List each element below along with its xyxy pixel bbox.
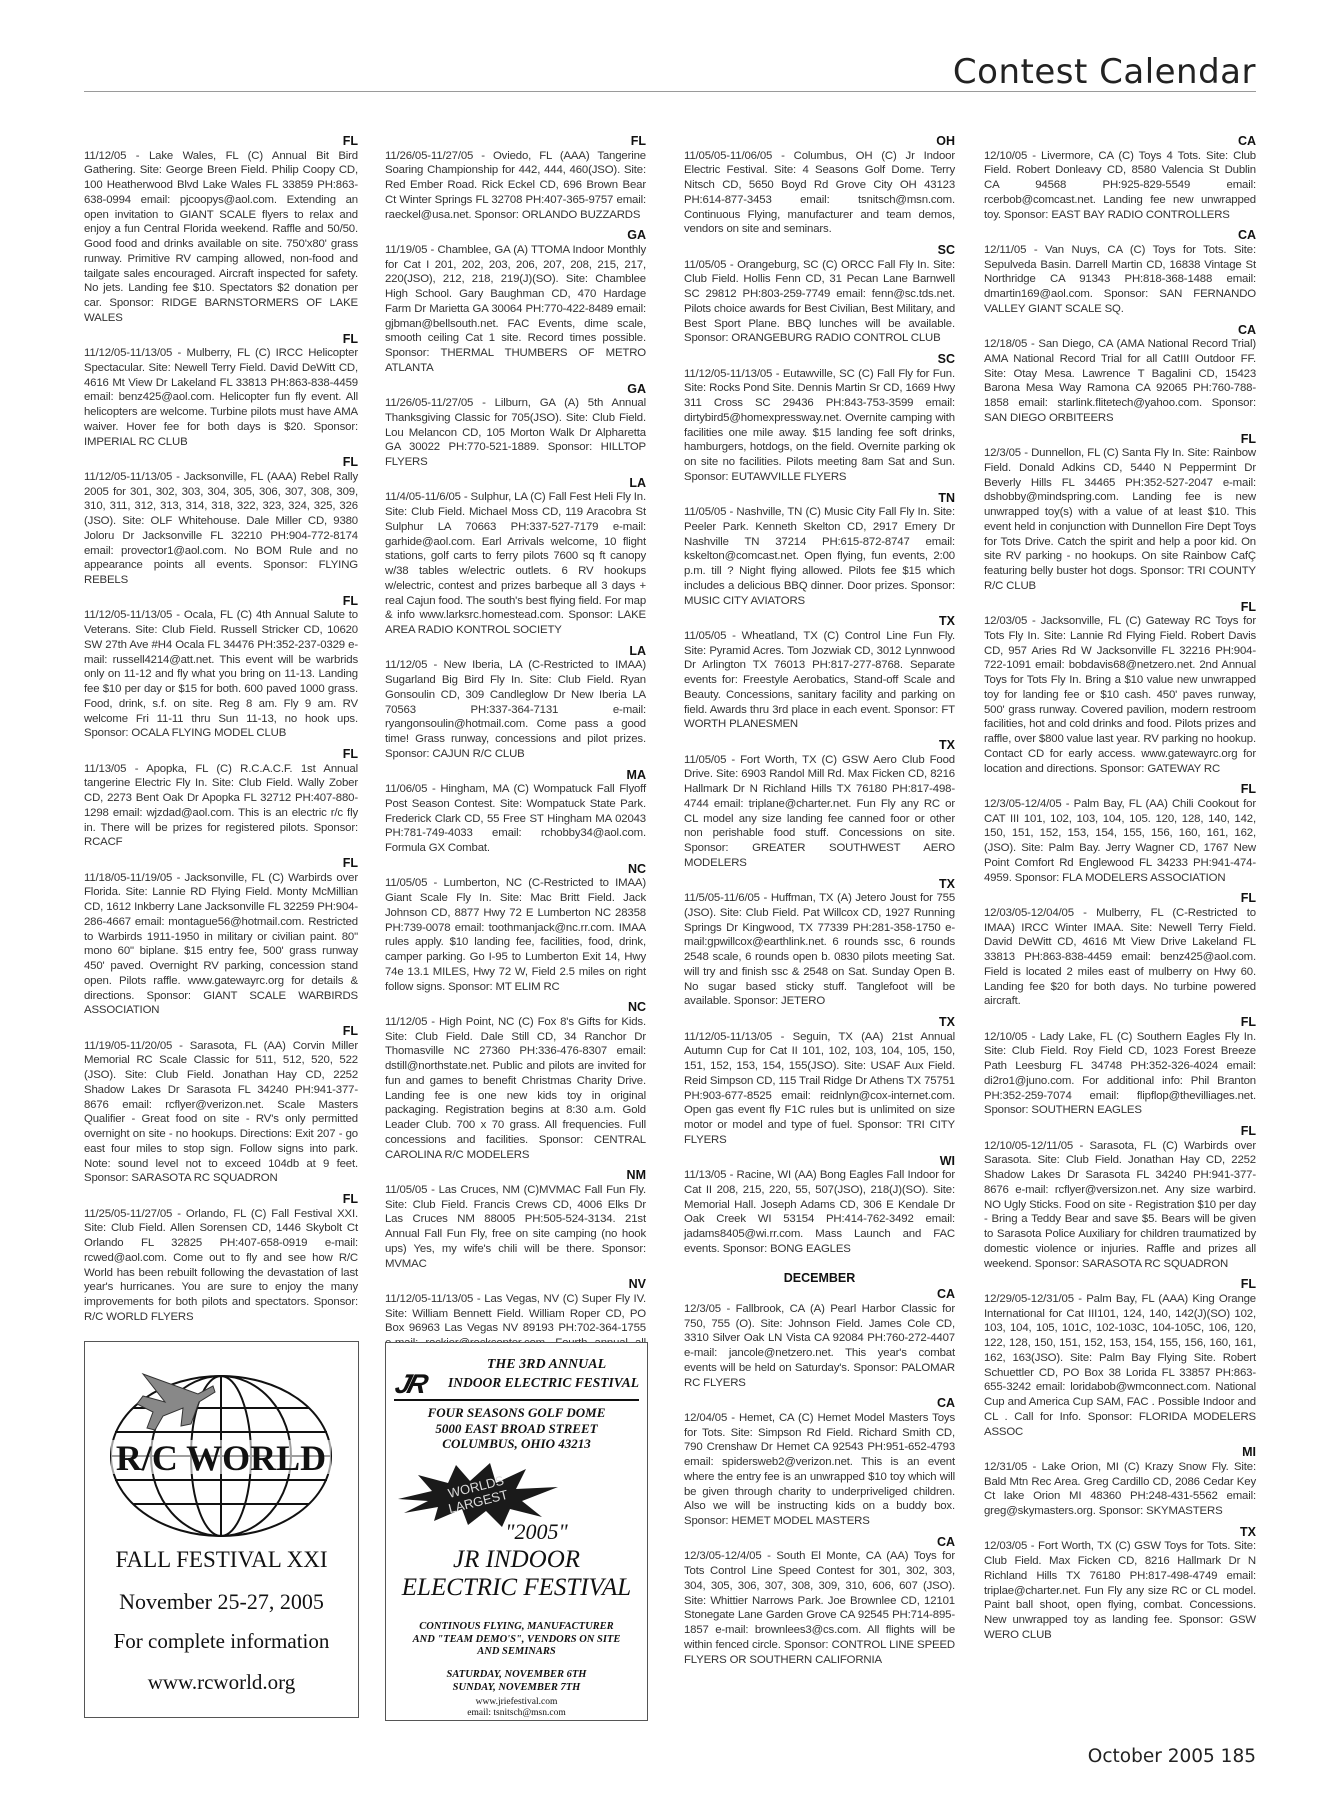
state-label: FL xyxy=(84,594,358,609)
jr-ad-dates: SATURDAY, NOVEMBER 6TH SUNDAY, NOVEMBER … xyxy=(386,1669,647,1694)
contest-entry: 12/10/05-12/11/05 - Sarasota, FL (C) War… xyxy=(984,1139,1256,1272)
state-label: WI xyxy=(684,1154,955,1169)
jr-ad-year: "2005" xyxy=(386,1519,647,1545)
state-label: FL xyxy=(984,1015,1256,1030)
contest-entry: 11/19/05-11/20/05 - Sarasota, FL (AA) Co… xyxy=(84,1039,358,1187)
jr-ad-desc-line: CONTINOUS FLYING, MANUFACTURER xyxy=(390,1621,643,1634)
contest-entry: 11/13/05 - Racine, WI (AA) Bong Eagles F… xyxy=(684,1168,955,1257)
jr-ad-email-link[interactable]: email: tsnitsch@msn.com xyxy=(386,1708,647,1719)
contest-entry: 12/3/05 - Fallbrook, CA (A) Pearl Harbor… xyxy=(684,1302,955,1391)
contest-entry: 11/4/05-11/6/05 - Sulphur, LA (C) Fall F… xyxy=(385,490,646,638)
state-label: CA xyxy=(984,323,1256,338)
state-label: FL xyxy=(84,134,358,149)
rc-ad-website-link[interactable]: www.rcworld.org xyxy=(85,1670,358,1695)
state-label: GA xyxy=(385,382,646,397)
contest-entry: 12/18/05 - San Diego, CA (AMA National R… xyxy=(984,337,1256,426)
contest-entry: 11/05/05 - Wheatland, TX (C) Control Lin… xyxy=(684,629,955,732)
calendar-column-3: OH11/05/05-11/06/05 - Columbus, OH (C) J… xyxy=(684,134,955,1673)
page-title: Contest Calendar xyxy=(953,52,1256,92)
jr-ad-title-line-2: INDOOR ELECTRIC FESTIVAL xyxy=(448,1375,639,1391)
contest-entry: 11/12/05-11/13/05 - Mulberry, FL (C) IRC… xyxy=(84,346,358,449)
contest-entry: 11/19/05 - Chamblee, GA (A) TTOMA Indoor… xyxy=(385,243,646,376)
jr-ad-desc-line: AND "TEAM DEMO'S", VENDORS ON SITE xyxy=(390,1634,643,1647)
jr-ad-city: COLUMBUS, OHIO 43213 xyxy=(386,1436,647,1452)
state-label: LA xyxy=(385,476,646,491)
state-label: TX xyxy=(684,614,955,629)
jr-ad-name-line-1: JR INDOOR xyxy=(386,1546,647,1574)
jr-ad-title-line-1: THE 3RD ANNUAL xyxy=(454,1357,639,1373)
page-footer: October 2005 185 xyxy=(1088,1746,1256,1767)
state-label: TN xyxy=(684,491,955,506)
contest-entry: 11/05/05 - Nashville, TN (C) Music City … xyxy=(684,505,955,608)
contest-entry: 11/06/05 - Hingham, MA (C) Wompatuck Fal… xyxy=(385,782,646,856)
jr-ad-website-link[interactable]: www.jriefestival.com xyxy=(386,1697,647,1708)
contest-entry: 11/26/05-11/27/05 - Lilburn, GA (A) 5th … xyxy=(385,396,646,470)
jr-ad-date-sunday: SUNDAY, NOVEMBER 7TH xyxy=(386,1682,647,1695)
jr-festival-advertisement: JR THE 3RD ANNUAL INDOOR ELECTRIC FESTIV… xyxy=(385,1342,648,1721)
contest-entry: 11/12/05-11/13/05 - Jacksonville, FL (AA… xyxy=(84,470,358,588)
calendar-column-2: FL11/26/05-11/27/05 - Oviedo, FL (AAA) T… xyxy=(385,134,646,1401)
contest-entry: 12/04/05 - Hemet, CA (C) Hemet Model Mas… xyxy=(684,1411,955,1529)
state-label: TX xyxy=(684,1015,955,1030)
contest-entry: 12/03/05 - Fort Worth, TX (C) GSW Toys f… xyxy=(984,1539,1256,1642)
contest-entry: 11/13/05 - Apopka, FL (C) R.C.A.C.F. 1st… xyxy=(84,762,358,851)
calendar-column-1: FL11/12/05 - Lake Wales, FL (C) Annual B… xyxy=(84,134,358,1331)
jr-ad-date-saturday: SATURDAY, NOVEMBER 6TH xyxy=(386,1669,647,1682)
state-label: CA xyxy=(984,134,1256,149)
contest-entry: 11/05/05 - Fort Worth, TX (C) GSW Aero C… xyxy=(684,753,955,871)
state-label: CA xyxy=(684,1535,955,1550)
contest-entry: 12/10/05 - Lady Lake, FL (C) Southern Ea… xyxy=(984,1030,1256,1119)
state-label: NC xyxy=(385,1000,646,1015)
state-label: FL xyxy=(984,432,1256,447)
contest-entry: 12/11/05 - Van Nuys, CA (C) Toys for Tot… xyxy=(984,243,1256,317)
contest-entry: 11/18/05-11/19/05 - Jacksonville, FL (C)… xyxy=(84,871,358,1019)
state-label: FL xyxy=(984,1124,1256,1139)
state-label: CA xyxy=(684,1396,955,1411)
month-heading: DECEMBER xyxy=(684,1271,955,1286)
state-label: CA xyxy=(984,228,1256,243)
contest-entry: 11/12/05 - High Point, NC (C) Fox 8's Gi… xyxy=(385,1015,646,1163)
starburst-icon: WORLDS LARGEST xyxy=(398,1461,558,1527)
contest-entry: 11/12/05 - Lake Wales, FL (C) Annual Bit… xyxy=(84,149,358,326)
state-label: MI xyxy=(984,1445,1256,1460)
state-label: GA xyxy=(385,228,646,243)
state-label: SC xyxy=(684,352,955,367)
state-label: FL xyxy=(984,891,1256,906)
jr-ad-contact: www.jriefestival.com email: tsnitsch@msn… xyxy=(386,1697,647,1719)
rc-ad-event-name: FALL FESTIVAL XXI xyxy=(85,1547,358,1573)
state-label: SC xyxy=(684,243,955,258)
jr-ad-description: CONTINOUS FLYING, MANUFACTURER AND "TEAM… xyxy=(390,1621,643,1659)
state-label: TX xyxy=(984,1525,1256,1540)
state-label: FL xyxy=(84,1192,358,1207)
jr-ad-desc-line: AND SEMINARS xyxy=(390,1646,643,1659)
contest-entry: 12/3/05 - Dunnellon, FL (C) Santa Fly In… xyxy=(984,446,1256,594)
contest-entry: 12/31/05 - Lake Orion, MI (C) Krazy Snow… xyxy=(984,1460,1256,1519)
header-divider xyxy=(84,91,1256,92)
jr-ad-name-line-2: ELECTRIC FESTIVAL xyxy=(386,1574,647,1602)
state-label: TX xyxy=(684,738,955,753)
jr-ad-street: 5000 EAST BROAD STREET xyxy=(386,1421,647,1437)
contest-entry: 12/03/05-12/04/05 - Mulberry, FL (C-Rest… xyxy=(984,906,1256,1009)
state-label: FL xyxy=(84,747,358,762)
contest-entry: 12/3/05-12/4/05 - South El Monte, CA (AA… xyxy=(684,1549,955,1667)
state-label: FL xyxy=(984,600,1256,615)
contest-entry: 11/12/05-11/13/05 - Ocala, FL (C) 4th An… xyxy=(84,608,358,741)
jr-ad-address: FOUR SEASONS GOLF DOME 5000 EAST BROAD S… xyxy=(386,1405,647,1452)
state-label: OH xyxy=(684,134,955,149)
state-label: MA xyxy=(385,768,646,783)
contest-entry: 12/29/05-12/31/05 - Palm Bay, FL (AAA) K… xyxy=(984,1292,1256,1440)
contest-entry: 11/05/05-11/06/05 - Columbus, OH (C) Jr … xyxy=(684,149,955,238)
contest-entry: 11/05/05 - Las Cruces, NM (C)MVMAC Fall … xyxy=(385,1183,646,1272)
jr-logo-icon: JR xyxy=(393,1371,428,1397)
contest-entry: 12/10/05 - Livermore, CA (C) Toys 4 Tots… xyxy=(984,149,1256,223)
state-label: CA xyxy=(684,1287,955,1302)
contest-entry: 11/12/05 - New Iberia, LA (C-Restricted … xyxy=(385,658,646,761)
contest-entry: 11/25/05-11/27/05 - Orlando, FL (C) Fall… xyxy=(84,1207,358,1325)
rc-world-logo-text: R/C WORLD xyxy=(116,1438,326,1478)
state-label: FL xyxy=(984,1277,1256,1292)
rc-ad-info-label: For complete information xyxy=(85,1629,358,1654)
state-label: TX xyxy=(684,877,955,892)
contest-entry: 11/5/05-11/6/05 - Huffman, TX (A) Jetero… xyxy=(684,891,955,1009)
state-label: FL xyxy=(385,134,646,149)
state-label: NV xyxy=(385,1277,646,1292)
jr-ad-venue: FOUR SEASONS GOLF DOME xyxy=(386,1405,647,1421)
contest-entry: 11/26/05-11/27/05 - Oviedo, FL (AAA) Tan… xyxy=(385,149,646,223)
state-label: NM xyxy=(385,1168,646,1183)
contest-entry: 11/05/05 - Orangeburg, SC (C) ORCC Fall … xyxy=(684,258,955,347)
state-label: LA xyxy=(385,644,646,659)
state-label: NC xyxy=(385,862,646,877)
state-label: FL xyxy=(84,1024,358,1039)
contest-entry: 12/3/05-12/4/05 - Palm Bay, FL (AA) Chil… xyxy=(984,797,1256,886)
jr-ad-event-name: JR INDOOR ELECTRIC FESTIVAL xyxy=(386,1546,647,1602)
contest-entry: 12/03/05 - Jacksonville, FL (C) Gateway … xyxy=(984,614,1256,776)
globe-logo-icon: R/C WORLD xyxy=(103,1364,339,1542)
calendar-column-4: CA12/10/05 - Livermore, CA (C) Toys 4 To… xyxy=(984,134,1256,1649)
jr-ad-header: JR THE 3RD ANNUAL INDOOR ELECTRIC FESTIV… xyxy=(394,1355,639,1401)
contest-entry: 11/05/05 - Lumberton, NC (C-Restricted t… xyxy=(385,876,646,994)
state-label: FL xyxy=(84,332,358,347)
contest-entry: 11/12/05-11/13/05 - Seguin, TX (AA) 21st… xyxy=(684,1030,955,1148)
state-label: FL xyxy=(84,856,358,871)
contest-entry: 11/12/05-11/13/05 - Eutawville, SC (C) F… xyxy=(684,367,955,485)
state-label: FL xyxy=(984,782,1256,797)
rc-ad-dates: November 25-27, 2005 xyxy=(85,1589,358,1615)
rc-world-advertisement: R/C WORLD FALL FESTIVAL XXI November 25-… xyxy=(84,1341,359,1718)
state-label: FL xyxy=(84,455,358,470)
